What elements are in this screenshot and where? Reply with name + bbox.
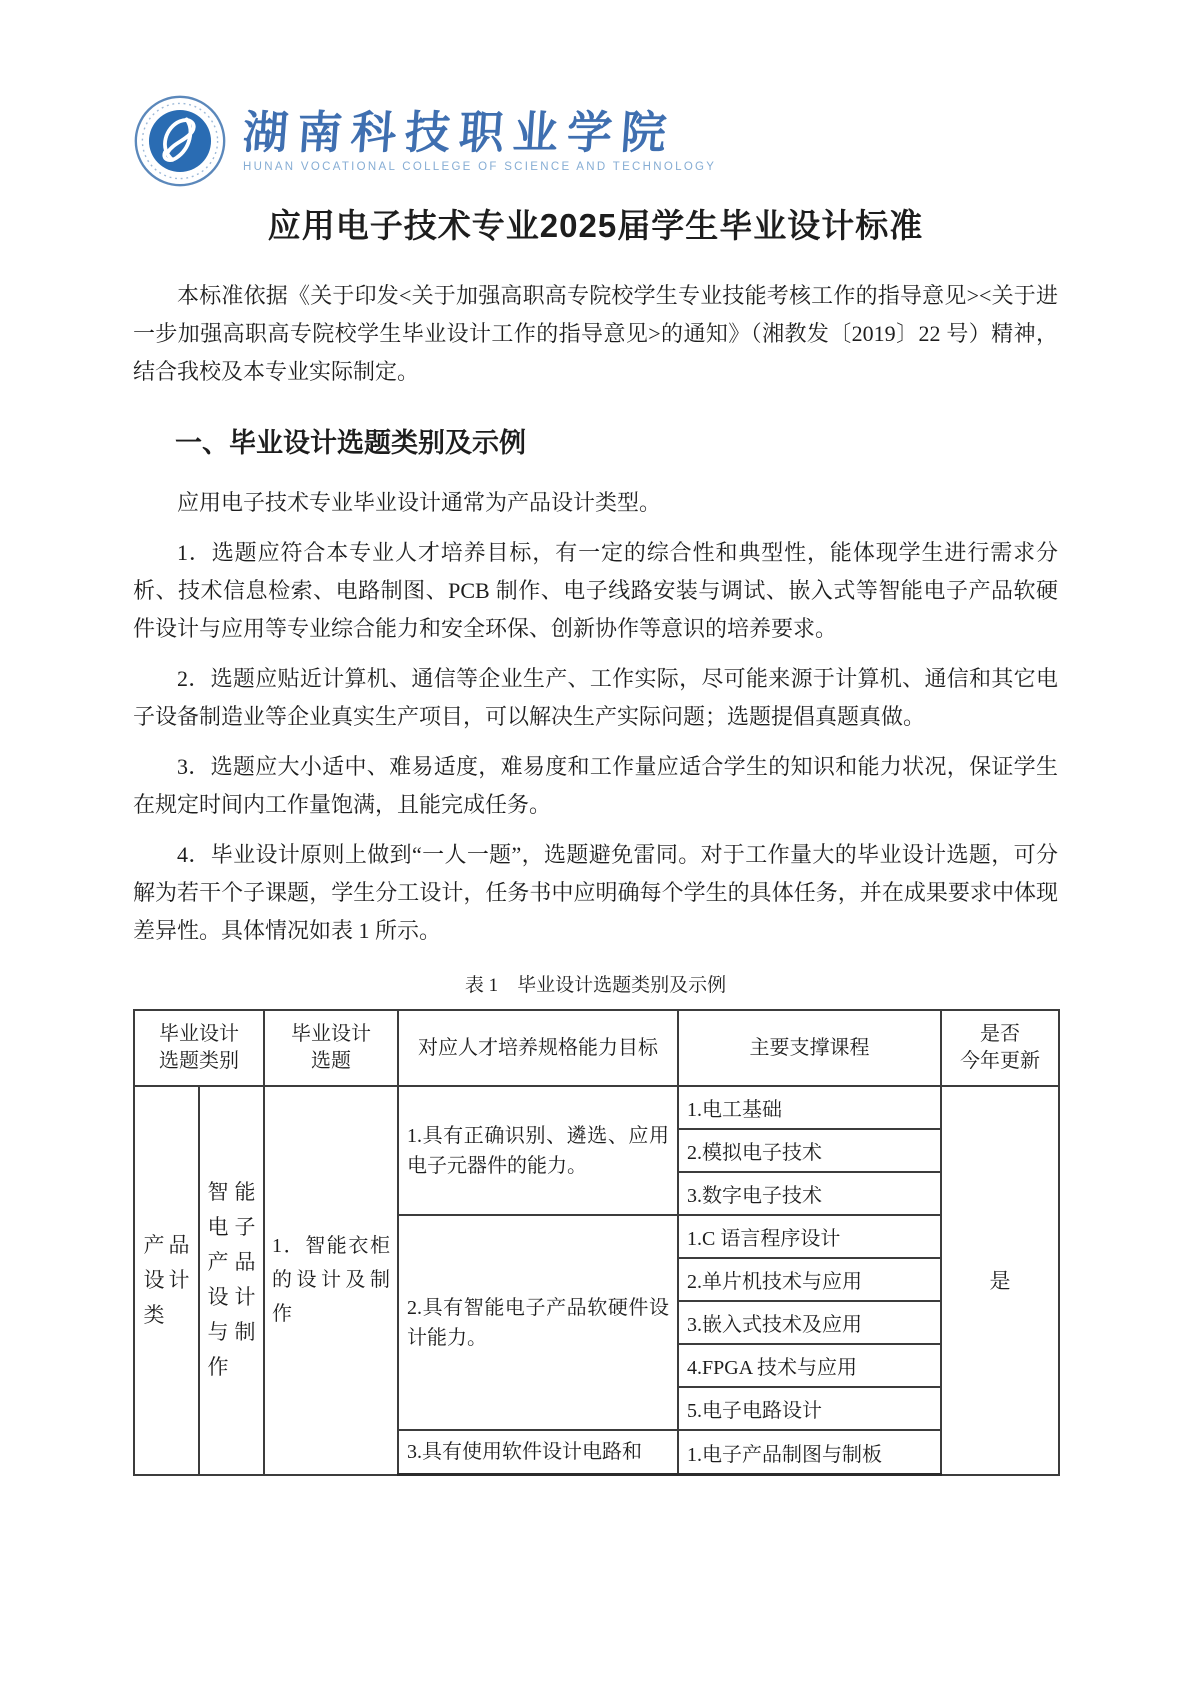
numbered-item-2: 2．选题应贴近计算机、通信等企业生产、工作实际，尽可能来源于计算机、通信和其它电… xyxy=(133,660,1058,736)
col-header-topic: 毕业设计 选题 xyxy=(264,1010,398,1086)
header-line: 毕业设计 xyxy=(267,1021,395,1048)
section-heading: 一、毕业设计选题类别及示例 xyxy=(175,421,1058,460)
table-caption: 表 1 毕业设计选题类别及示例 xyxy=(133,970,1058,997)
numbered-item-1: 1．选题应符合本专业人才培养目标，有一定的综合性和典型性，能体现学生进行需求分析… xyxy=(133,534,1058,648)
table-header-row: 毕业设计 选题类别 毕业设计 选题 对应人才培养规格能力目标 主要支撑课程 是否… xyxy=(134,1010,1059,1086)
school-emblem-icon xyxy=(133,94,227,188)
numbered-item-3: 3．选题应大小适中、难易适度，难易度和工作量应适合学生的知识和能力状况，保证学生… xyxy=(133,748,1058,824)
school-logo: 湖南科技职业学院 HUNAN VOCATIONAL COLLEGE OF SCI… xyxy=(133,92,1058,190)
course-cell: 3.嵌入式技术及应用 xyxy=(678,1301,941,1344)
course-cell: 2.模拟电子技术 xyxy=(678,1129,941,1172)
course-cell: 5.电子电路设计 xyxy=(678,1387,941,1430)
intro-paragraph: 本标准依据《关于印发<关于加强高职高专院校学生专业技能考核工作的指导意见><关于… xyxy=(133,277,1058,391)
header-line: 主要支撑课程 xyxy=(681,1035,938,1062)
table-row: 产品设计类 智能电子产品设计与制作 1．智能衣柜的设计及制作 1.具有正确识别、… xyxy=(134,1086,1059,1129)
category-cell: 产品设计类 xyxy=(134,1086,199,1475)
school-name-en: HUNAN VOCATIONAL COLLEGE OF SCIENCE AND … xyxy=(243,161,716,173)
header-line: 今年更新 xyxy=(944,1048,1056,1075)
category-text: 产品设计类 xyxy=(144,1228,190,1333)
ability-cell-1: 1.具有正确识别、遴选、应用电子元器件的能力。 xyxy=(398,1086,678,1215)
updated-cell: 是 xyxy=(941,1086,1059,1475)
col-header-updated-this-year: 是否 今年更新 xyxy=(941,1010,1059,1086)
document-page: 湖南科技职业学院 HUNAN VOCATIONAL COLLEGE OF SCI… xyxy=(0,0,1191,1684)
school-name-zh: 湖南科技职业学院 xyxy=(241,109,718,159)
col-header-ability-target: 对应人才培养规格能力目标 xyxy=(398,1010,678,1086)
ability-cell-2: 2.具有智能电子产品软硬件设计能力。 xyxy=(398,1215,678,1430)
course-cell: 4.FPGA 技术与应用 xyxy=(678,1344,941,1387)
header-line: 是否 xyxy=(944,1021,1056,1048)
course-cell: 2.单片机技术与应用 xyxy=(678,1258,941,1301)
header-line: 选题类别 xyxy=(137,1048,261,1075)
topic-cell: 1．智能衣柜的设计及制作 xyxy=(264,1086,398,1475)
subcategory-cell: 智能电子产品设计与制作 xyxy=(199,1086,264,1475)
topics-table: 毕业设计 选题类别 毕业设计 选题 对应人才培养规格能力目标 主要支撑课程 是否… xyxy=(133,1009,1060,1476)
topic-text: 1．智能衣柜的设计及制作 xyxy=(272,1229,390,1331)
course-cell: 1.C 语言程序设计 xyxy=(678,1215,941,1258)
col-header-topic-category: 毕业设计 选题类别 xyxy=(134,1010,264,1086)
school-logo-text: 湖南科技职业学院 HUNAN VOCATIONAL COLLEGE OF SCI… xyxy=(243,109,716,174)
section-lead: 应用电子技术专业毕业设计通常为产品设计类型。 xyxy=(133,484,1058,522)
col-header-supporting-courses: 主要支撑课程 xyxy=(678,1010,941,1086)
numbered-item-4: 4．毕业设计原则上做到“一人一题”，选题避免雷同。对于工作量大的毕业设计选题，可… xyxy=(133,836,1058,950)
course-cell: 3.数字电子技术 xyxy=(678,1172,941,1215)
header-line: 毕业设计 xyxy=(137,1021,261,1048)
header-line: 对应人才培养规格能力目标 xyxy=(401,1035,675,1062)
header-line: 选题 xyxy=(267,1048,395,1075)
course-cell: 1.电工基础 xyxy=(678,1086,941,1129)
subcategory-text: 智能电子产品设计与制作 xyxy=(208,1175,256,1385)
ability-cell-3: 3.具有使用软件设计电路和 xyxy=(398,1430,678,1475)
document-title: 应用电子技术专业2025届学生毕业设计标准 xyxy=(133,200,1058,247)
course-cell: 1.电子产品制图与制板 xyxy=(678,1430,941,1475)
